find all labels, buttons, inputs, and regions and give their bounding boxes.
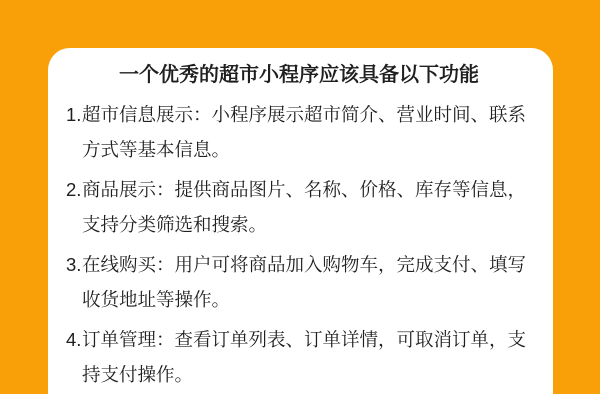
- item-text: 在线购买：用户可将商品加入购物车，完成支付、填写收货地址等操作。: [82, 247, 528, 317]
- item-number: 1.: [66, 97, 82, 132]
- infographic-canvas: 一个优秀的超市小程序应该具备以下功能 1. 超市信息展示：小程序展示超市简介、营…: [0, 0, 600, 400]
- feature-list: 1. 超市信息展示：小程序展示超市简介、营业时间、联系方式等基本信息。 2. 商…: [66, 97, 532, 392]
- item-number: 2.: [66, 172, 82, 207]
- item-text: 超市信息展示：小程序展示超市简介、营业时间、联系方式等基本信息。: [82, 97, 528, 167]
- item-number: 3.: [66, 247, 82, 282]
- list-item: 4. 订单管理：查看订单列表、订单详情，可取消订单，支持支付操作。: [66, 322, 532, 392]
- item-text: 商品展示：提供商品图片、名称、价格、库存等信息，支持分类筛选和搜索。: [82, 172, 528, 242]
- content-card: 一个优秀的超市小程序应该具备以下功能 1. 超市信息展示：小程序展示超市简介、营…: [48, 48, 553, 400]
- list-item: 3. 在线购买：用户可将商品加入购物车，完成支付、填写收货地址等操作。: [66, 247, 532, 317]
- item-number: 4.: [66, 322, 82, 357]
- list-item: 2. 商品展示：提供商品图片、名称、价格、库存等信息，支持分类筛选和搜索。: [66, 172, 532, 242]
- list-item: 1. 超市信息展示：小程序展示超市简介、营业时间、联系方式等基本信息。: [66, 97, 532, 167]
- card-title: 一个优秀的超市小程序应该具备以下功能: [66, 62, 532, 88]
- item-text: 订单管理：查看订单列表、订单详情，可取消订单，支持支付操作。: [82, 322, 528, 392]
